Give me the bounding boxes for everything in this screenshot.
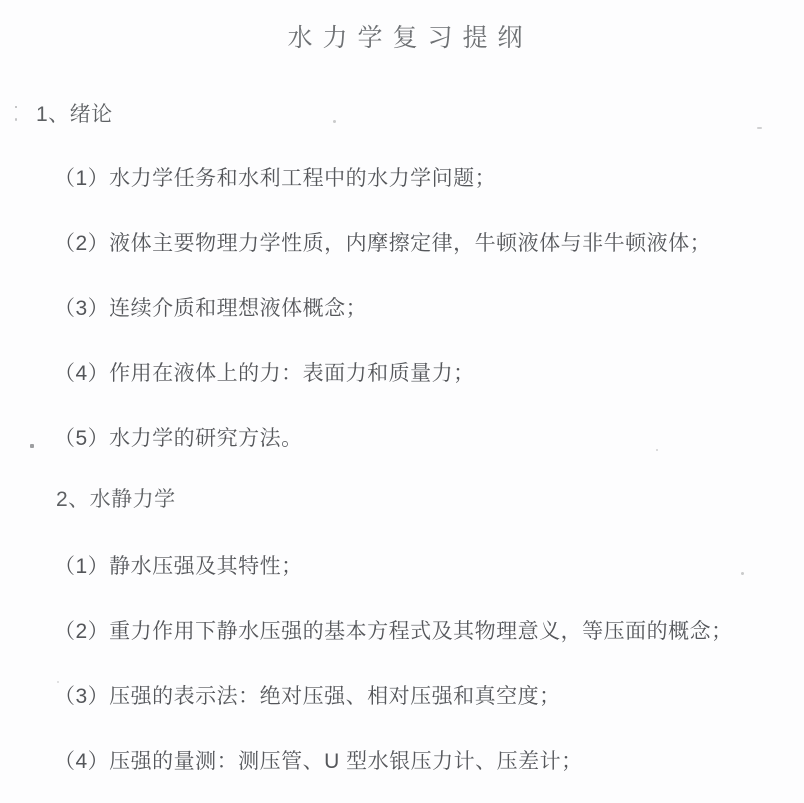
section-2-heading: 2、水静力学 — [56, 488, 176, 512]
outline-item-1-5: （5）水力学的研究方法。 — [54, 427, 303, 451]
outline-item-1-2: （2）液体主要物理力学性质，内摩擦定律，牛顿液体与非牛顿液体； — [54, 232, 711, 256]
scan-artifact — [333, 120, 336, 123]
scan-artifact — [741, 572, 744, 575]
document-title: 水力学复习提纲 — [0, 18, 804, 54]
scan-artifact — [15, 106, 17, 108]
scan-artifact — [30, 444, 34, 448]
scan-artifact — [57, 681, 59, 683]
outline-item-1-4: （4）作用在液体上的力：表面力和质量力； — [54, 362, 475, 386]
outline-item-1-1: （1）水力学任务和水利工程中的水力学问题； — [54, 167, 496, 191]
outline-item-2-2: （2）重力作用下静水压强的基本方程式及其物理意义，等压面的概念； — [54, 620, 733, 644]
outline-item-2-1: （1）静水压强及其特性； — [54, 555, 303, 579]
section-1-heading: 1、绪论 — [36, 103, 113, 127]
outline-item-2-4: （4）压强的量测：测压管、U 型水银压力计、压差计； — [54, 750, 583, 774]
scan-artifact — [656, 449, 658, 451]
outline-item-2-3: （3）压强的表示法：绝对压强、相对压强和真空度； — [54, 685, 561, 709]
outline-item-1-3: （3）连续介质和理想液体概念； — [54, 297, 367, 321]
scan-artifact — [757, 127, 762, 129]
scan-artifact — [15, 118, 17, 121]
scanned-document-page: 水力学复习提纲 1、绪论 （1）水力学任务和水利工程中的水力学问题； （2）液体… — [0, 0, 804, 803]
